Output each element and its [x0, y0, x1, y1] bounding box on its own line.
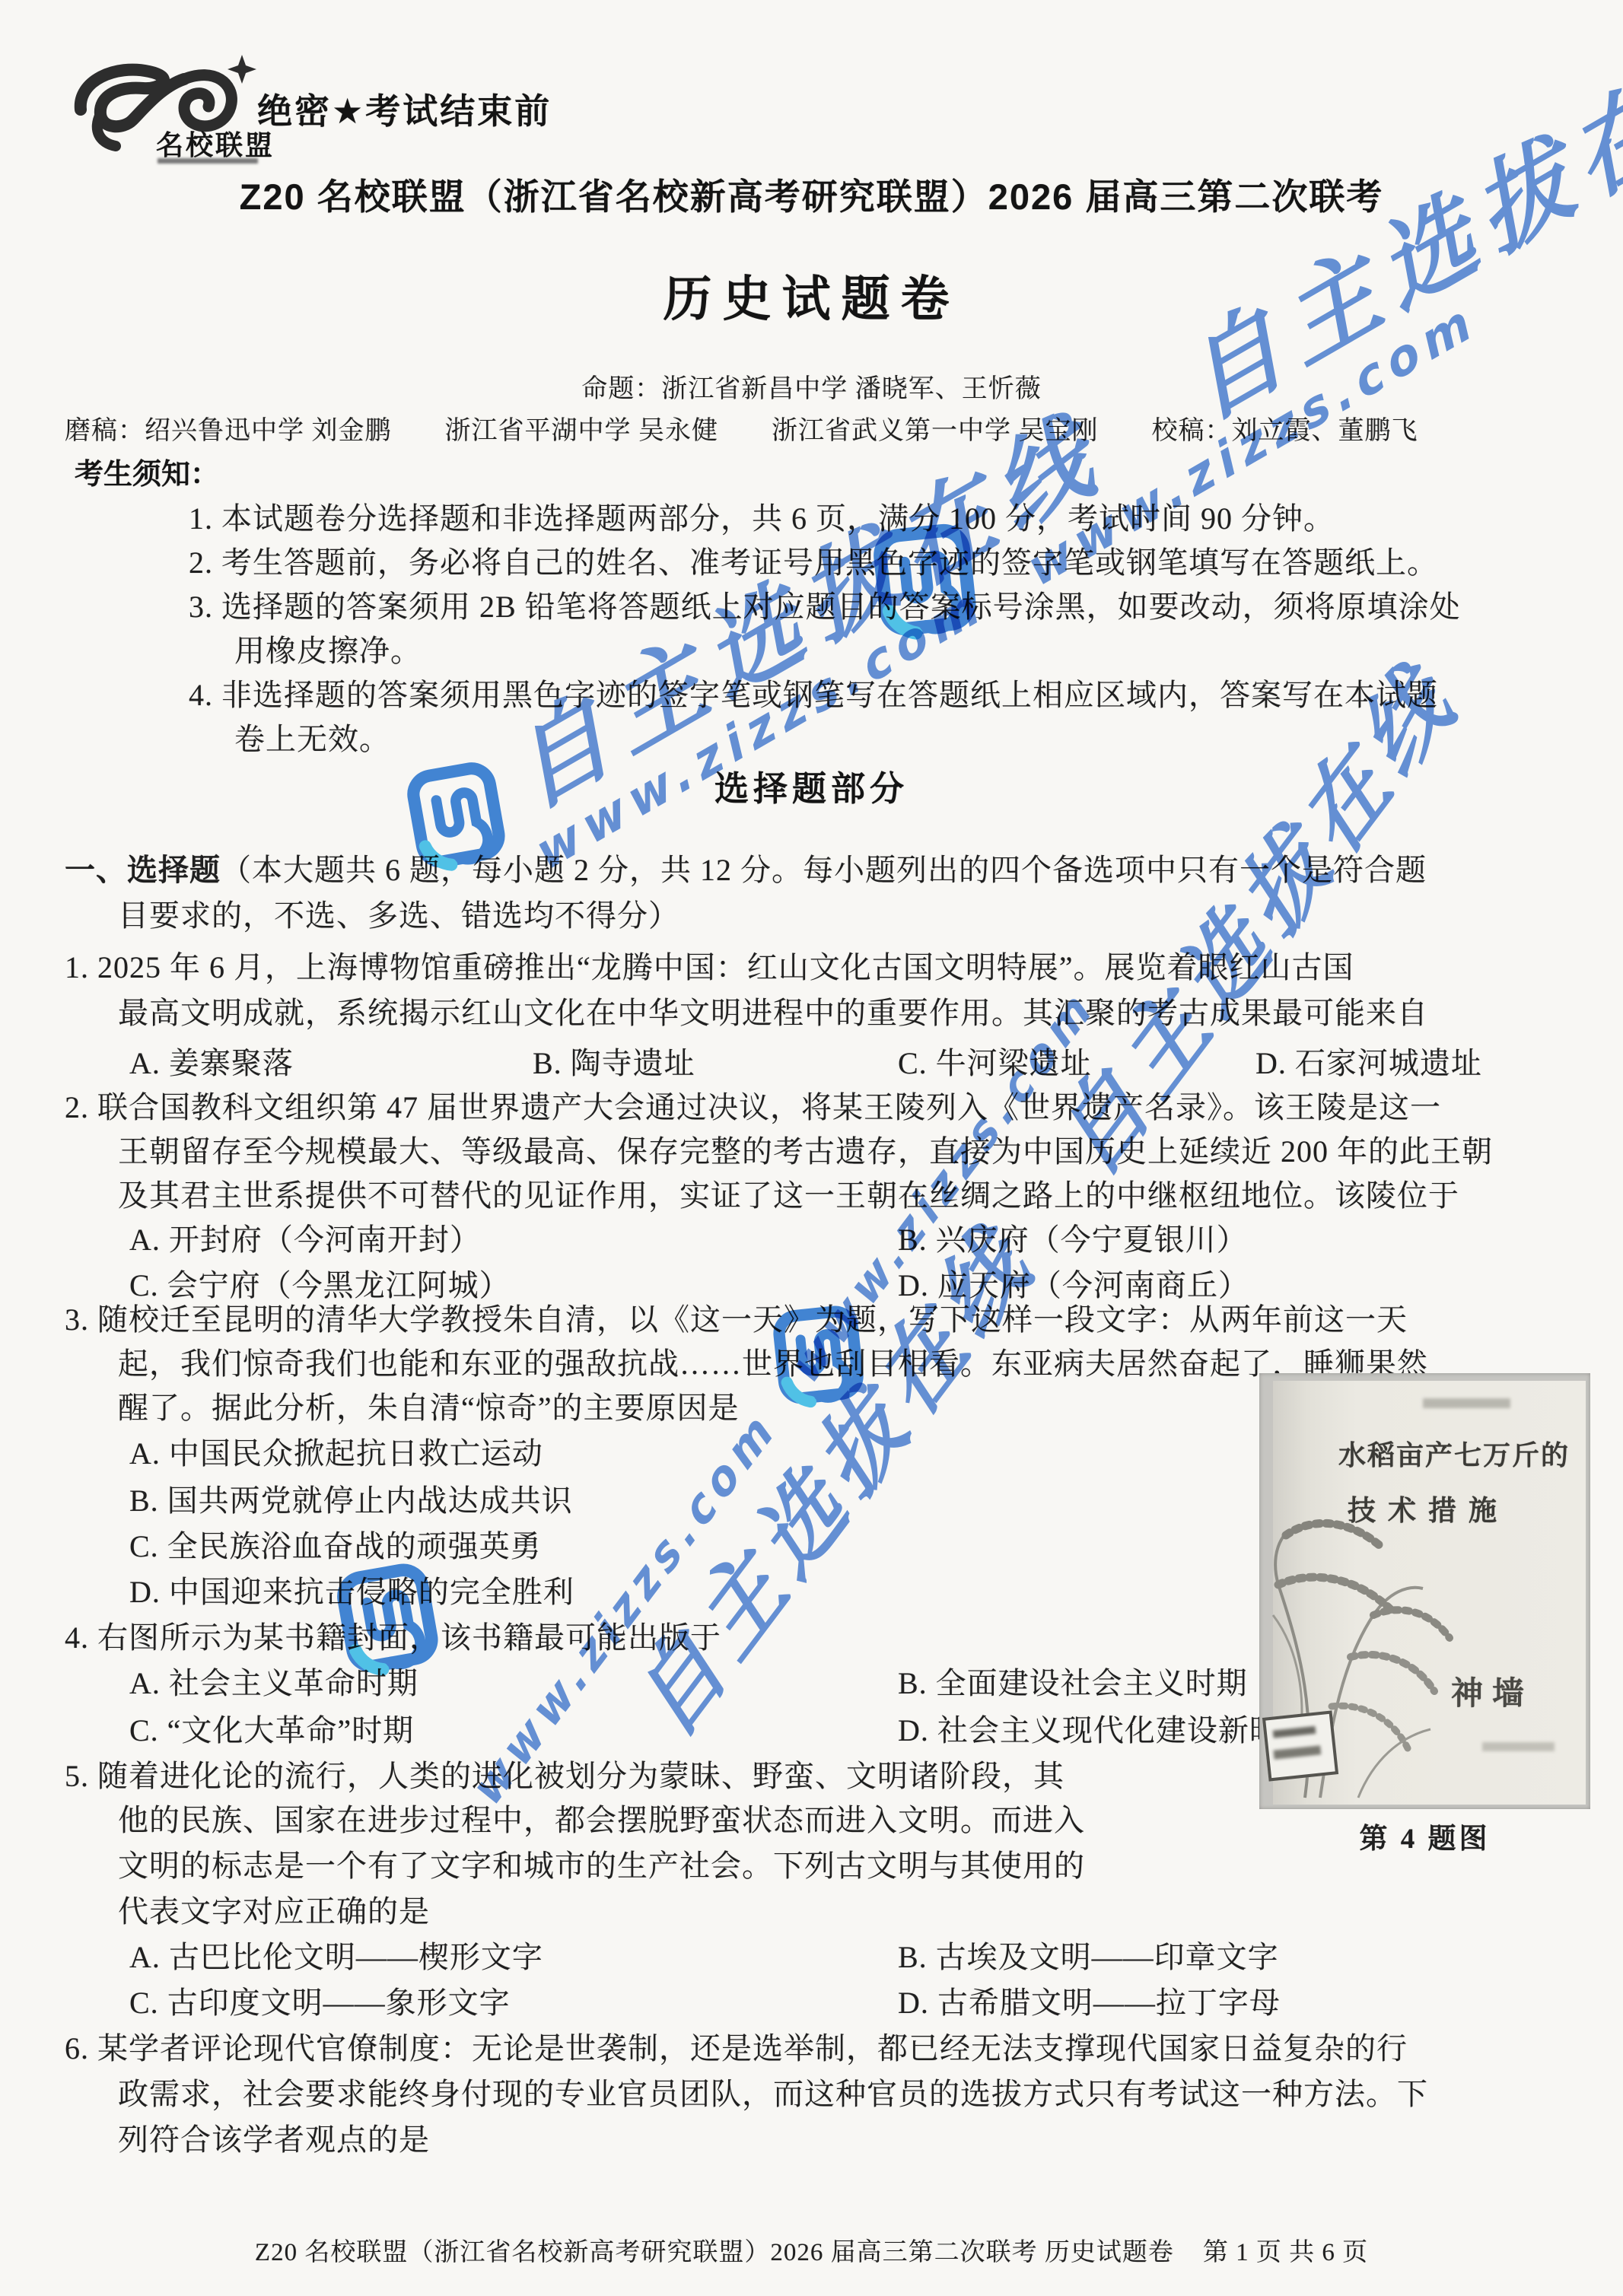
question-5-option-c: C. 古印度文明——象形文字: [129, 1979, 511, 2022]
question-5-line-4: 代表文字对应正确的是: [118, 1887, 430, 1931]
question-4-option-b: B. 全面建设社会主义时期: [898, 1659, 1248, 1703]
question-group-header-line1: 一、选择题（本大题共 6 题，每小题 2 分，共 12 分。每小题列出的四个备选…: [65, 846, 1427, 889]
question-3-line-2: 起，我们惊奇我们也能和东亚的强敌抗战……世界也刮目相看。东亚病夫居然奋起了，睡狮…: [118, 1340, 1428, 1383]
question-5-option-b: B. 古埃及文明——印章文字: [898, 1933, 1279, 1976]
question-3-option-b: B. 国共两党就停止内战达成共识: [129, 1477, 573, 1520]
question-1-line-2: 最高文明成就，系统揭示红山文化在中华文明进程中的重要作用。其汇聚的考古成果最可能…: [118, 989, 1428, 1032]
question-5-option-a: A. 古巴比伦文明——楔形文字: [129, 1933, 543, 1976]
book-cover-figure: 水稻亩产七万斤的 技术措施 神墙: [1259, 1373, 1590, 1809]
question-6-line-2: 政需求，社会要求能终身付现的专业官员团队，而这种官员的选拔方式只有考试这一种方法…: [118, 2070, 1428, 2113]
question-5-line-1: 5. 随着进化论的流行，人类的进化被划分为蒙昧、野蛮、文明诸阶段，其: [65, 1752, 1064, 1795]
question-2-line-1: 2. 联合国教科文组织第 47 届世界遗产大会通过决议，将某王陵列入《世界遗产名…: [65, 1083, 1441, 1127]
section-title: 选择题部分: [0, 761, 1623, 810]
exam-paper-page: 名校联盟 绝密★考试结束前 Z20 名校联盟（浙江省名校新高考研究联盟）2026…: [0, 0, 1623, 2296]
question-2-option-b: B. 兴庆府（今宁夏银川）: [898, 1216, 1248, 1259]
footer-title: Z20 名校联盟（浙江省名校新高考研究联盟）2026 届高三第二次联考 历史试题…: [255, 2239, 1174, 2266]
question-1-line-1: 1. 2025 年 6 月，上海博物馆重磅推出“龙腾中国：红山文化古国文明特展”…: [65, 943, 1354, 987]
figure-caption: 第 4 题图: [1259, 1815, 1590, 1856]
paper-title: 历史试题卷: [0, 260, 1623, 330]
question-group-desc: （本大题共 6 题，每小题 2 分，共 12 分。每小题列出的四个备选项中只有一…: [221, 853, 1427, 887]
notice-item-3-line1: 3. 选择题的答案须用 2B 铅笔将答题纸上对应题目的答案标号涂黑，如要改动，须…: [189, 583, 1461, 626]
question-5-line-2: 他的民族、国家在进步过程中，都会摆脱野蛮状态而进入文明。而进入: [118, 1796, 1085, 1840]
notice-heading: 考生须知：: [75, 450, 219, 492]
notice-item-4-line1: 4. 非选择题的答案须用黑色字迹的签字笔或钢笔写在答题纸上相应区域内，答案写在本…: [189, 671, 1438, 714]
question-6-line-1: 6. 某学者评论现代官僚制度：无论是世袭制，还是选举制，都已经无法支撑现代国家日…: [65, 2024, 1408, 2068]
question-2-line-3: 及其君主世系提供不可替代的见证作用，实证了这一王朝在丝绸之路上的中继枢纽地位。该…: [118, 1172, 1459, 1215]
notice-item-2: 2. 考生答题前，务必将自己的姓名、准考证号用黑色字迹的签字笔或钢笔填写在答题纸…: [189, 539, 1438, 582]
notice-item-4-line2: 卷上无效。: [234, 715, 390, 758]
question-3-line-3: 醒了。据此分析，朱自清“惊奇”的主要原因是: [118, 1384, 740, 1427]
secrecy-notice: 绝密★考试结束前: [257, 84, 552, 134]
question-3-option-a: A. 中国民众掀起抗日救亡运动: [129, 1429, 543, 1473]
exam-title: Z20 名校联盟（浙江省名校新高考研究联盟）2026 届高三第二次联考: [0, 169, 1623, 220]
proposer-line: 命题：浙江省新昌中学 潘晓军、王忻薇: [0, 367, 1623, 405]
question-4-option-c: C. “文化大革命”时期: [129, 1706, 414, 1750]
question-3-option-c: C. 全民族浴血奋战的顽强英勇: [129, 1522, 542, 1566]
reviewer-line: 磨稿：绍兴鲁迅中学 刘金鹏 浙江省平湖中学 吴永健 浙江省武义第一中学 吴宝刚 …: [65, 409, 1418, 447]
question-1-option-c: C. 牛河梁遗址: [898, 1039, 1092, 1083]
library-label: [1262, 1710, 1338, 1781]
notice-item-3-line2: 用橡皮擦净。: [234, 627, 422, 670]
question-4-line-1: 4. 右图所示为某书籍封面，该书籍最可能出版于: [65, 1614, 721, 1657]
book-bottom-text-blur: [1482, 1742, 1555, 1751]
question-2-line-2: 王朝留存至今规模最大、等级最高、保存完整的考古遗存，直接为中国历史上延续近 20…: [118, 1127, 1493, 1171]
question-5-line-3: 文明的标志是一个有了文字和城市的生产社会。下列古文明与其使用的: [118, 1842, 1085, 1885]
book-author: 神墙: [1451, 1668, 1533, 1714]
question-1-option-d: D. 石家河城遗址: [1255, 1039, 1482, 1083]
question-group-header-line2: 目要求的，不选、多选、错选均不得分）: [118, 892, 679, 935]
question-1-option-b: B. 陶寺遗址: [533, 1039, 695, 1083]
footer-page-number: 第 1 页 共 6 页: [1203, 2239, 1368, 2266]
question-2-option-a: A. 开封府（今河南开封）: [129, 1216, 481, 1259]
book-top-caption-blur: [1423, 1398, 1510, 1408]
question-1-option-a: A. 姜寨聚落: [129, 1039, 294, 1083]
question-4-option-d: D. 社会主义现代化建设新时期: [898, 1706, 1312, 1750]
question-6-line-3: 列符合该学者观点的是: [118, 2116, 430, 2159]
question-3-option-d: D. 中国迎来抗击侵略的完全胜利: [129, 1568, 574, 1611]
question-4-option-a: A. 社会主义革命时期: [129, 1659, 418, 1703]
notice-item-1: 1. 本试题卷分选择题和非选择题两部分，共 6 页，满分 100 分，考试时间 …: [189, 494, 1335, 538]
question-3-line-1: 3. 随校迁至昆明的清华大学教授朱自清，以《这一天》为题，写下这样一段文字：从两…: [65, 1296, 1408, 1339]
question-5-option-d: D. 古希腊文明——拉丁字母: [898, 1979, 1281, 2022]
league-logo-subtext-blur: [158, 158, 258, 164]
question-group-label: 一、选择题: [65, 853, 221, 887]
page-footer: Z20 名校联盟（浙江省名校新高考研究联盟）2026 届高三第二次联考 历史试题…: [0, 2232, 1623, 2268]
